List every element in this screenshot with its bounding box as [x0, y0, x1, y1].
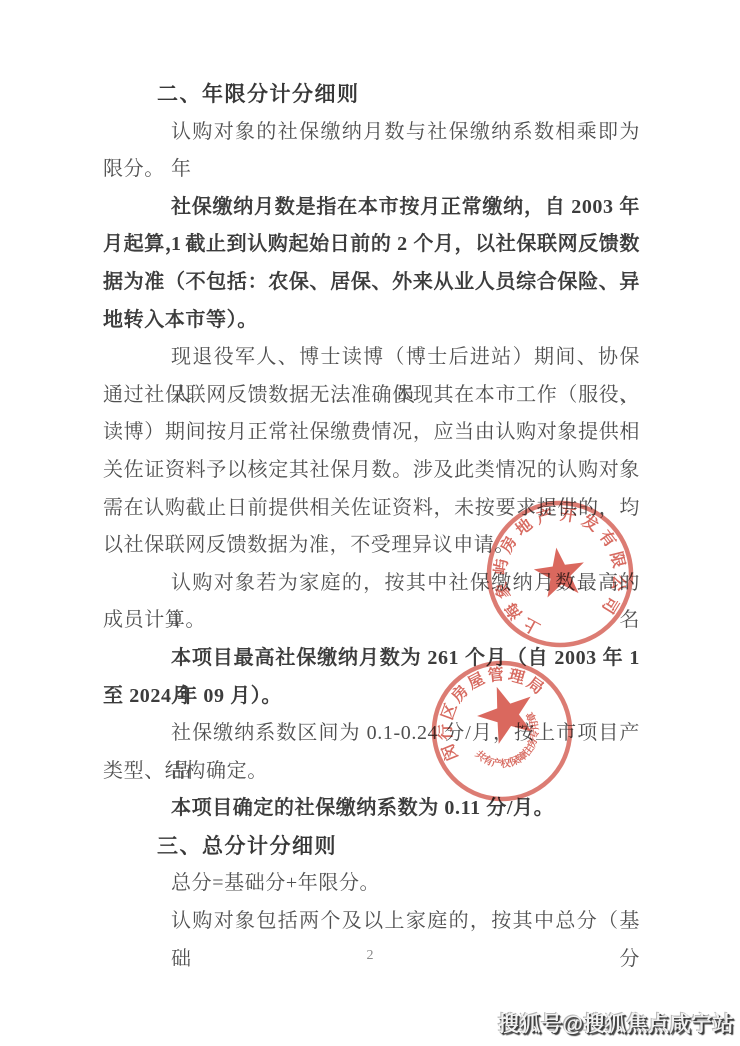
page-number: 2 — [0, 948, 740, 964]
document-line: 以社保联网反馈数据为准，不受理异议申请。 — [103, 527, 640, 565]
document-line: 认购对象的社保缴纳月数与社保缴纳系数相乘即为年 — [103, 114, 640, 152]
document-line: 认购对象包括两个及以上家庭的，按其中总分（基础分 — [103, 903, 640, 941]
document-line: 社保缴纳系数区间为 0.1-0.24 分/月，按上市项目产品 — [103, 715, 640, 753]
section-heading: 三、总分计分细则 — [103, 828, 640, 866]
document-line: 现退役军人、博士读博（博士后进站）期间、协保人员， — [103, 339, 640, 377]
document-line: 至 2024 年 09 月）。 — [103, 678, 640, 716]
document-line: 认购对象若为家庭的，按其中社保缴纳月数最高的 1 名 — [103, 565, 640, 603]
document-line: 本项目确定的社保缴纳系数为 0.11 分/月。 — [103, 790, 640, 828]
document-line: 通过社保联网反馈数据无法准确体现其在本市工作（服役、 — [103, 377, 640, 415]
document-line: 读博）期间按月正常社保缴费情况，应当由认购对象提供相 — [103, 414, 640, 452]
document-line: 社保缴纳月数是指在本市按月正常缴纳，自 2003 年 1 — [103, 189, 640, 227]
sohu-watermark: 搜狐号@搜狐焦点咸宁站 — [498, 1008, 734, 1038]
document-line: 地转入本市等）。 — [103, 302, 640, 340]
document-line: 需在认购截止日前提供相关佐证资料，未按要求提供的，均 — [103, 490, 640, 528]
document-line: 据为准（不包括：农保、居保、外来从业人员综合保险、异 — [103, 264, 640, 302]
document-line: 本项目最高社保缴纳月数为 261 个月（自 2003 年 1 月 — [103, 640, 640, 678]
document-body: 二、年限分计分细则认购对象的社保缴纳月数与社保缴纳系数相乘即为年限分。社保缴纳月… — [103, 76, 640, 941]
document-line: 关佐证资料予以核定其社保月数。涉及此类情况的认购对象 — [103, 452, 640, 490]
section-heading: 二、年限分计分细则 — [103, 76, 640, 114]
document-line: 总分=基础分+年限分。 — [103, 865, 640, 903]
document-line: 月起算，截止到认购起始日前的 2 个月，以社保联网反馈数 — [103, 226, 640, 264]
document-line: 类型、结构确定。 — [103, 753, 640, 791]
